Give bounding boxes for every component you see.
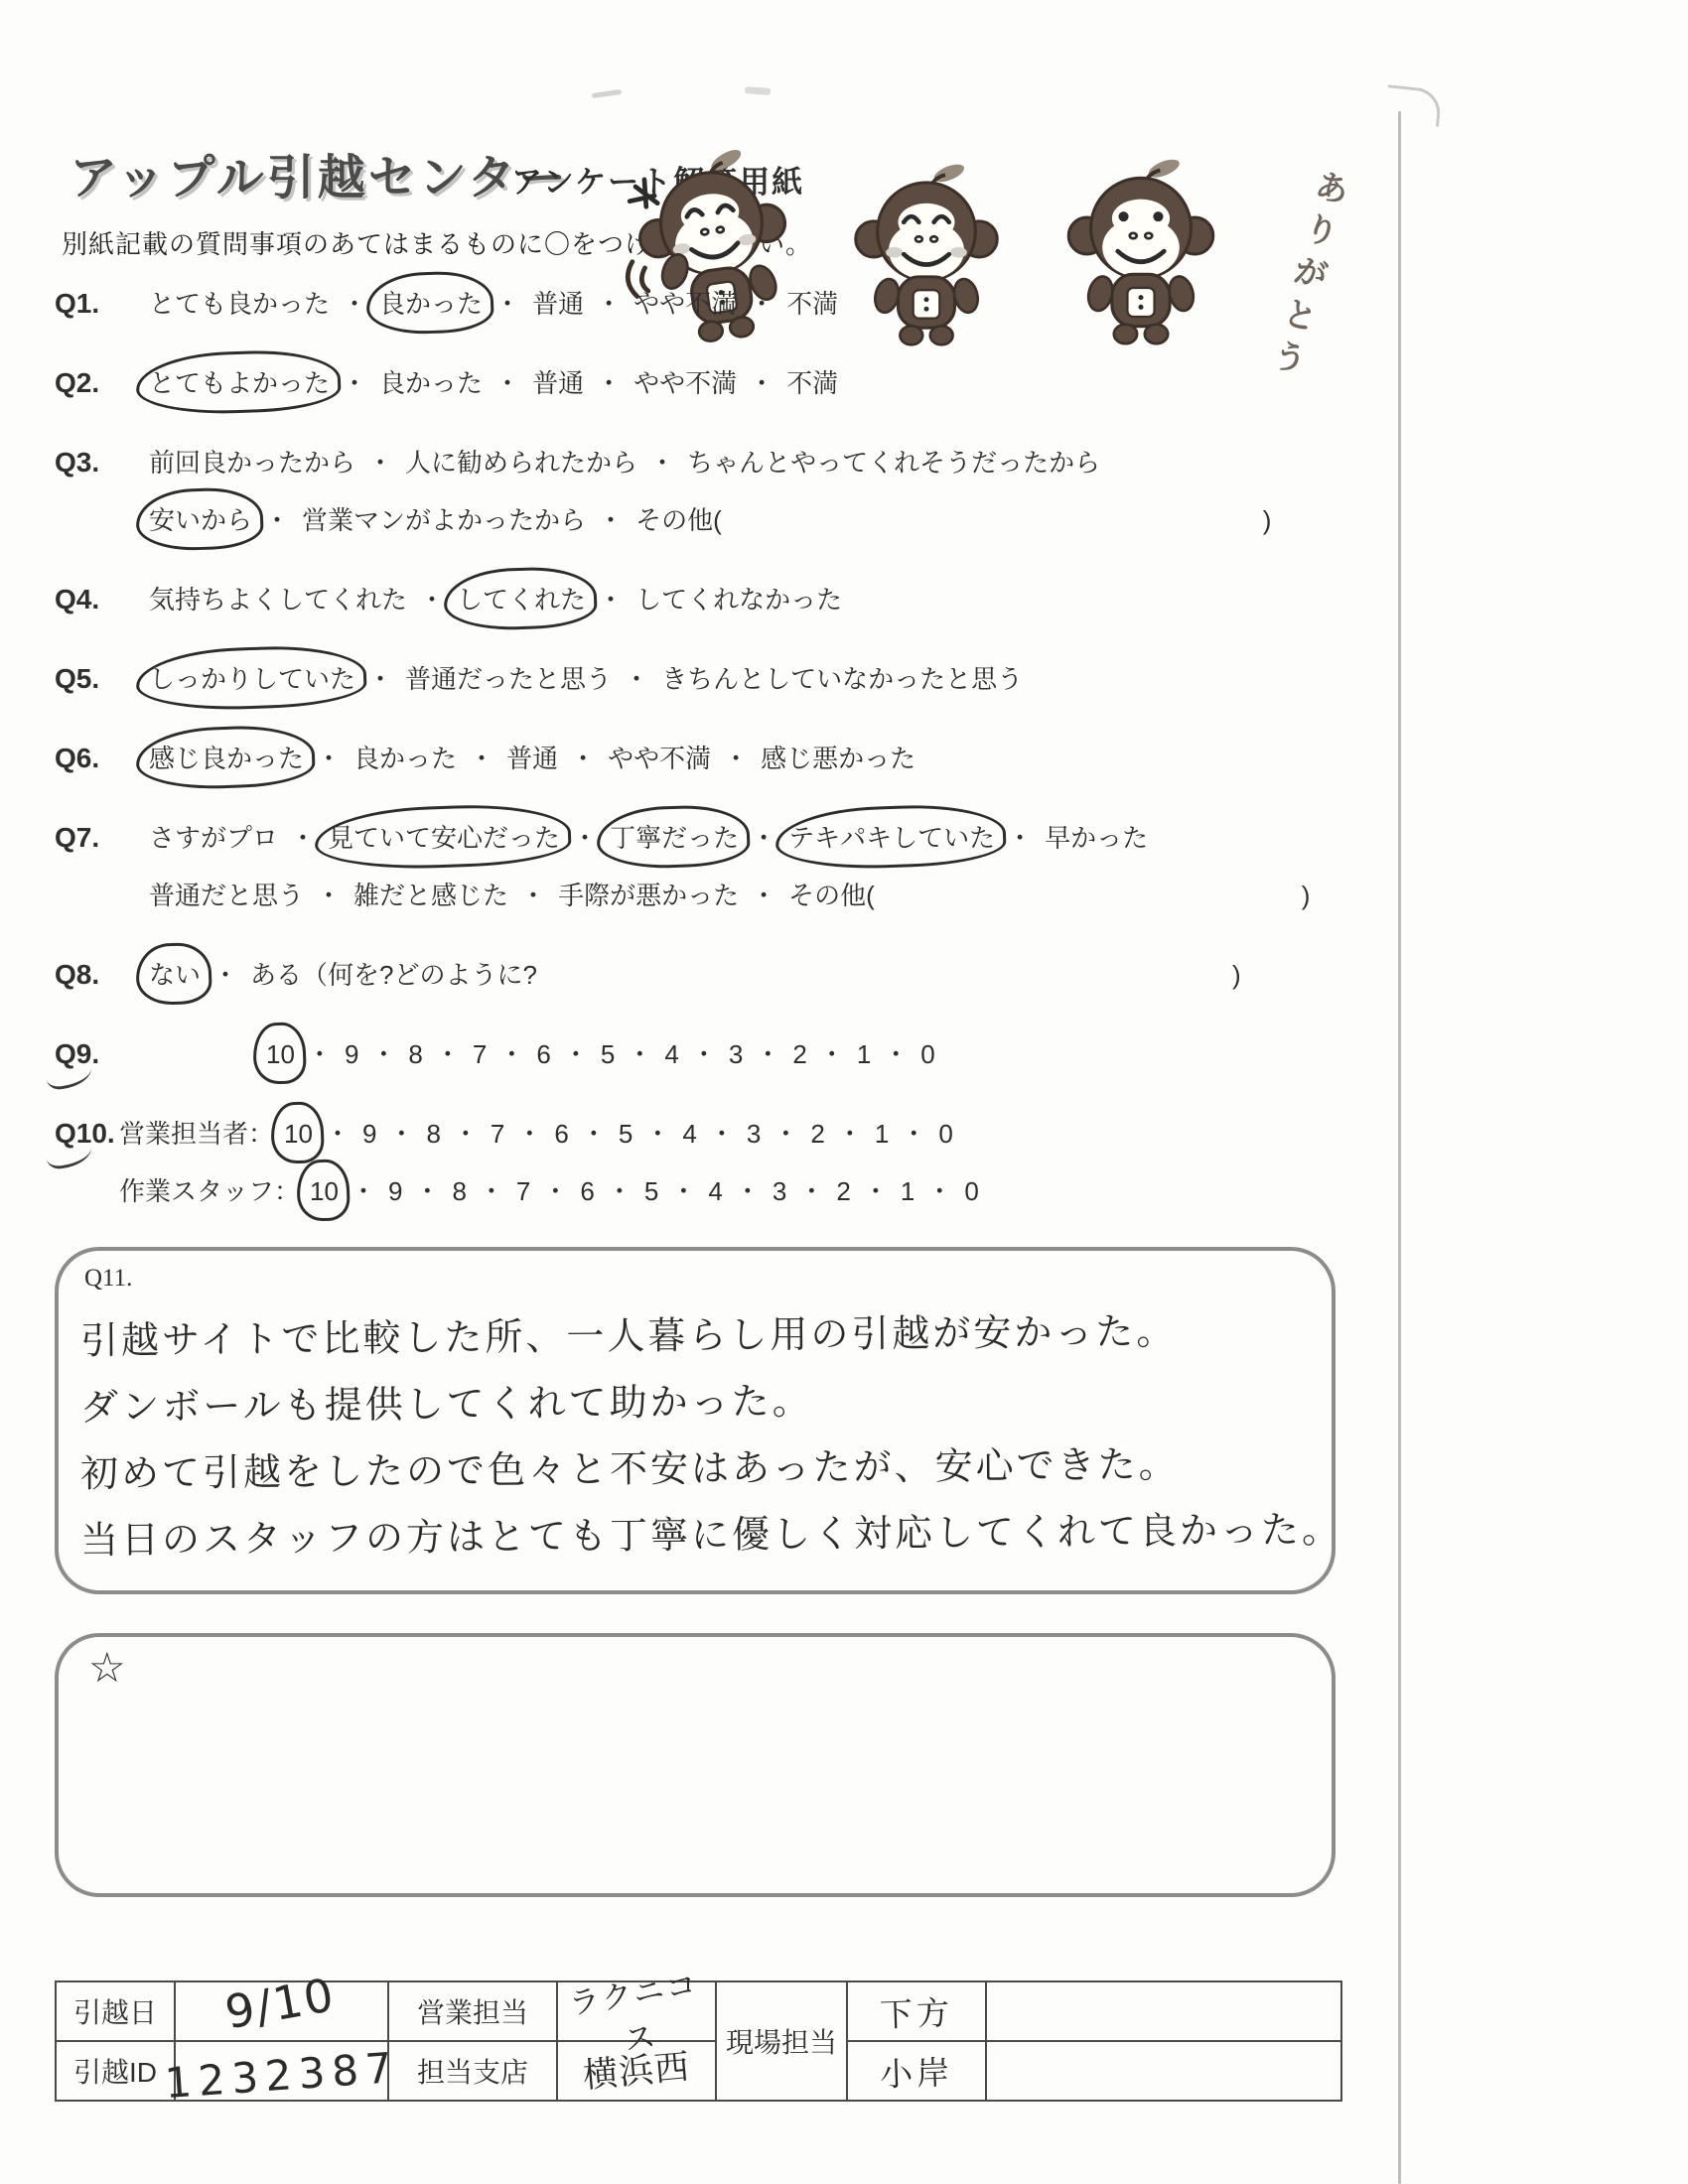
option-separator: ・ <box>901 1119 926 1149</box>
handwritten-comment-line: 引越サイトで比較した所、一人暮らし用の引越が安かった。 <box>80 1297 1323 1375</box>
handwritten-move-id: 1232387 <box>175 2039 390 2112</box>
answer-option: 不満 <box>786 365 838 401</box>
answer-options-line: 作業スタッフ：10・9・8・7・6・5・4・3・2・1・0 <box>119 1173 1365 1209</box>
questions: Q1.とても良かった・良かった・普通・やや不満・不満Q2.とてもよかった・良かっ… <box>55 286 1365 1253</box>
answer-option: 7 <box>491 1116 504 1152</box>
answer-option: その他( <box>635 502 722 538</box>
question-label: Q11. <box>84 1265 132 1293</box>
handwritten-site-staff-2: 小岸 <box>847 2040 986 2103</box>
answer-option: 前回良かったから <box>149 445 355 480</box>
option-separator: ・ <box>264 505 290 535</box>
answer-option: 4 <box>682 1116 696 1152</box>
option-separator: ・ <box>388 1119 414 1149</box>
option-separator: ・ <box>542 1176 568 1206</box>
answer-options-line: しっかりしていた・普通だったと思う・きちんとしていなかったと思う <box>149 661 1365 697</box>
option-separator: ・ <box>325 1119 351 1149</box>
answer-option-circled: 良かった <box>379 286 483 322</box>
answer-option: 8 <box>408 1036 422 1072</box>
answer-option: やや不満 <box>633 365 737 401</box>
answer-options-line: ない・ある（何を?どのように?) <box>149 957 1365 993</box>
handwritten-comment: 引越サイトで比較した所、一人暮らし用の引越が安かった。ダンボールも提供してくれて… <box>80 1302 1322 1569</box>
answer-option: 早かった <box>1045 820 1148 856</box>
answer-option-circled: 10 <box>266 1036 295 1072</box>
option-separator: ・ <box>749 368 774 398</box>
option-separator: ・ <box>414 1176 440 1206</box>
company-logo: アップル引越センター <box>70 139 569 207</box>
sales-rep-label: 営業担当 <box>388 1981 557 2041</box>
option-group-label: 営業担当者： <box>119 1119 274 1149</box>
question-label: Q2. <box>55 365 99 401</box>
answer-option: 感じ悪かった <box>761 741 915 776</box>
option-separator: ・ <box>627 1039 652 1069</box>
option-separator: ・ <box>749 289 774 319</box>
answer-option: 良かった <box>353 741 457 776</box>
handwritten-comment-line: 初めて引越をしたので色々と不安はあったが、安心できた。 <box>80 1431 1323 1508</box>
option-separator: ・ <box>520 881 546 910</box>
answer-option: 0 <box>938 1116 952 1152</box>
option-separator: ・ <box>863 1176 889 1206</box>
answer-option: 手際が悪かった <box>558 878 739 913</box>
question-label: Q4. <box>55 582 99 617</box>
option-separator: ・ <box>691 1039 717 1069</box>
option-separator: ・ <box>598 585 624 614</box>
answer-option-circled: テキパキしていた <box>788 820 995 856</box>
option-separator: ・ <box>670 1176 696 1206</box>
answer-option: 3 <box>747 1116 761 1152</box>
option-separator: ・ <box>351 1176 376 1206</box>
footer-table: 引越日 9/10 営業担当 ラクニコス 現場担当 下方 引越ID 1232387… <box>55 1980 1342 2102</box>
answer-option-circled: 10 <box>284 1116 313 1152</box>
star-icon: ☆ <box>88 1643 126 1692</box>
question-row: Q1.とても良かった・良かった・普通・やや不満・不満 <box>55 286 1365 322</box>
option-separator: ・ <box>581 1119 607 1149</box>
paren-close: ) <box>1263 502 1272 538</box>
branch-value: 横浜西 <box>557 2041 716 2101</box>
answer-option: 普通 <box>506 741 558 776</box>
answer-option-circled: 10 <box>310 1173 339 1209</box>
answer-option: 普通 <box>532 286 584 322</box>
answer-option: 6 <box>536 1036 550 1072</box>
answer-option: 9 <box>388 1173 402 1209</box>
answer-option: 4 <box>664 1036 678 1072</box>
answer-option-circled: 見ていて安心だった <box>328 820 560 856</box>
move-id-value: 1232387 <box>175 2041 388 2101</box>
answer-options-line: 安いから・営業マンがよかったから・その他() <box>149 502 1365 538</box>
option-separator: ・ <box>212 960 238 990</box>
option-separator: ・ <box>479 1176 504 1206</box>
question-row: Q5.しっかりしていた・普通だったと思う・きちんとしていなかったと思う <box>55 661 1365 697</box>
question-label: Q5. <box>55 661 99 697</box>
blank-space <box>875 903 1302 904</box>
answer-option: 3 <box>773 1173 786 1209</box>
answer-option: 5 <box>644 1173 658 1209</box>
question-label: Q3. <box>55 445 99 480</box>
answer-option: 気持ちよくしてくれた <box>149 582 407 617</box>
option-separator: ・ <box>572 823 598 853</box>
question-label: Q6. <box>55 741 99 776</box>
question-row: Q4.気持ちよくしてくれた・してくれた・してくれなかった <box>55 582 1365 617</box>
option-separator: ・ <box>563 1039 589 1069</box>
move-date-value: 9/10 <box>175 1981 388 2041</box>
option-group-label: 作業スタッフ： <box>119 1176 300 1206</box>
answer-options-line: 前回良かったから・人に勧められたから・ちゃんとやってくれそうだったから <box>149 445 1365 480</box>
answer-option: ある（何を?どのように? <box>250 957 537 993</box>
option-separator: ・ <box>342 368 367 398</box>
handwritten-move-date: 9/10 <box>171 1957 389 2050</box>
answer-options-line: 営業担当者：10・9・8・7・6・5・4・3・2・1・0 <box>119 1116 1365 1152</box>
blank-space <box>722 528 1263 529</box>
answer-option: 雑だと感じた <box>353 878 508 913</box>
answer-options-line: 10・9・8・7・6・5・4・3・2・1・0 <box>266 1036 1365 1072</box>
move-date-label: 引越日 <box>56 1981 175 2041</box>
option-separator: ・ <box>1007 823 1033 853</box>
answer-option: 1 <box>875 1116 889 1152</box>
answer-option: 9 <box>362 1116 376 1152</box>
question-row: Q3.前回良かったから・人に勧められたから・ちゃんとやってくれそうだったから安い… <box>55 445 1365 538</box>
option-separator: ・ <box>773 1119 798 1149</box>
answer-option: 1 <box>901 1173 914 1209</box>
option-separator: ・ <box>735 1176 761 1206</box>
answer-option-circled: しっかりしていた <box>149 661 355 697</box>
option-separator: ・ <box>596 289 622 319</box>
option-separator: ・ <box>798 1176 824 1206</box>
answer-option: やや不満 <box>633 286 737 322</box>
answer-option: とても良かった <box>149 286 330 322</box>
blank-space <box>537 983 1232 984</box>
answer-option: 2 <box>836 1173 850 1209</box>
answer-option: 2 <box>792 1036 806 1072</box>
answer-option: さすがプロ <box>149 820 278 856</box>
branch-label: 担当支店 <box>388 2041 557 2101</box>
answer-option: 人に勧められたから <box>405 445 637 480</box>
question-label: Q8. <box>55 957 99 993</box>
answer-options-line: さすがプロ・見ていて安心だった・丁寧だった・テキパキしていた・早かった <box>149 820 1365 856</box>
handwritten-site-staff-1: 下方 <box>847 1980 986 2043</box>
option-separator: ・ <box>494 368 520 398</box>
option-separator: ・ <box>367 664 393 694</box>
question-row: Q10.営業担当者：10・9・8・7・6・5・4・3・2・1・0作業スタッフ：1… <box>55 1116 1365 1209</box>
option-separator: ・ <box>290 823 316 853</box>
option-separator: ・ <box>649 448 675 478</box>
empty-cell <box>986 2041 1341 2101</box>
option-separator: ・ <box>751 823 776 853</box>
option-separator: ・ <box>435 1039 461 1069</box>
question-label: Q10. <box>55 1116 115 1152</box>
option-separator: ・ <box>624 664 649 694</box>
option-separator: ・ <box>419 585 445 614</box>
option-separator: ・ <box>598 505 624 535</box>
answer-option: 2 <box>810 1116 824 1152</box>
option-separator: ・ <box>819 1039 845 1069</box>
option-separator: ・ <box>516 1119 542 1149</box>
option-separator: ・ <box>607 1176 633 1206</box>
answer-option: 0 <box>964 1173 978 1209</box>
answer-option: 8 <box>426 1116 440 1152</box>
answer-option: 1 <box>857 1036 871 1072</box>
option-separator: ・ <box>837 1119 863 1149</box>
option-separator: ・ <box>453 1119 479 1149</box>
answer-options-line: 感じ良かった・良かった・普通・やや不満・感じ悪かった <box>149 741 1365 776</box>
sales-rep-value: ラクニコス <box>557 1981 716 2041</box>
answer-option: 営業マンがよかったから <box>302 502 586 538</box>
handwritten-comment-line: 当日のスタッフの方はとても丁寧に優しく対応してくれて良かった。 <box>80 1497 1323 1574</box>
option-separator: ・ <box>316 744 342 773</box>
site-staff-value-1: 下方 <box>847 1981 986 2041</box>
question-row: Q6.感じ良かった・良かった・普通・やや不満・感じ悪かった <box>55 741 1365 776</box>
option-separator: ・ <box>926 1176 952 1206</box>
comment-box-extra: ☆ <box>55 1633 1336 1897</box>
option-separator: ・ <box>644 1119 670 1149</box>
paren-close: ) <box>1302 878 1311 913</box>
answer-options-line: 気持ちよくしてくれた・してくれた・してくれなかった <box>149 582 1365 617</box>
option-separator: ・ <box>570 744 596 773</box>
answer-option: 普通だったと思う <box>405 661 612 697</box>
option-separator: ・ <box>751 881 776 910</box>
handwritten-branch: 横浜西 <box>556 2033 717 2105</box>
answer-option: 7 <box>473 1036 487 1072</box>
answer-option: 普通だと思う <box>149 878 304 913</box>
site-staff-label: 現場担当 <box>716 1981 847 2101</box>
option-separator: ・ <box>316 881 342 910</box>
answer-option: 5 <box>601 1036 615 1072</box>
answer-option: 7 <box>516 1173 530 1209</box>
comment-box-q11: Q11. 引越サイトで比較した所、一人暮らし用の引越が安かった。ダンボールも提供… <box>55 1247 1336 1594</box>
option-separator: ・ <box>307 1039 333 1069</box>
paren-close: ) <box>1232 957 1241 993</box>
answer-option: 4 <box>708 1173 722 1209</box>
empty-cell <box>986 1981 1341 2041</box>
scanned-page-edge <box>1398 111 1401 2184</box>
answer-option: 普通 <box>532 365 584 401</box>
answer-option-circled: 安いから <box>149 502 252 538</box>
answer-option: 9 <box>345 1036 358 1072</box>
answer-option: 5 <box>619 1116 633 1152</box>
question-row: Q7.さすがプロ・見ていて安心だった・丁寧だった・テキパキしていた・早かった普通… <box>55 820 1365 913</box>
option-separator: ・ <box>596 368 622 398</box>
answer-option: 6 <box>554 1116 568 1152</box>
answer-option: きちんとしていなかったと思う <box>661 661 1023 697</box>
scan-speck <box>745 86 771 95</box>
question-row: Q8.ない・ある（何を?どのように?) <box>55 957 1365 993</box>
scan-speck <box>592 89 622 98</box>
option-separator: ・ <box>342 289 367 319</box>
answer-option: 0 <box>920 1036 934 1072</box>
answer-option: 8 <box>452 1173 466 1209</box>
site-staff-value-2: 小岸 <box>847 2041 986 2101</box>
option-separator: ・ <box>755 1039 780 1069</box>
handwritten-comment-line: ダンボールも提供してくれて助かった。 <box>80 1364 1323 1441</box>
answer-option-circled: してくれた <box>457 582 586 617</box>
answer-option-circled: とてもよかった <box>149 365 330 401</box>
answer-option: 不満 <box>786 286 838 322</box>
answer-options-line: とてもよかった・良かった・普通・やや不満・不満 <box>149 365 1365 401</box>
page-corner-curl <box>1384 84 1443 127</box>
move-id-label: 引越ID <box>56 2041 175 2101</box>
answer-options-line: 普通だと思う・雑だと感じた・手際が悪かった・その他() <box>149 878 1365 913</box>
option-separator: ・ <box>370 1039 396 1069</box>
option-separator: ・ <box>883 1039 909 1069</box>
option-separator: ・ <box>498 1039 524 1069</box>
answer-option: その他( <box>788 878 875 913</box>
option-separator: ・ <box>709 1119 735 1149</box>
answer-option: やや不満 <box>608 741 711 776</box>
answer-option: ちゃんとやってくれそうだったから <box>687 445 1100 480</box>
answer-option: 3 <box>729 1036 743 1072</box>
question-label: Q1. <box>55 286 99 322</box>
answer-option-circled: 丁寧だった <box>610 820 739 856</box>
question-label: Q7. <box>55 820 99 856</box>
option-separator: ・ <box>723 744 749 773</box>
answer-options-line: とても良かった・良かった・普通・やや不満・不満 <box>149 286 1365 322</box>
question-row: Q2.とてもよかった・良かった・普通・やや不満・不満 <box>55 365 1365 401</box>
answer-option: 良かった <box>379 365 483 401</box>
answer-option: してくれなかった <box>635 582 842 617</box>
answer-option-circled: 感じ良かった <box>149 741 304 776</box>
question-label: Q9. <box>55 1036 99 1072</box>
option-separator: ・ <box>469 744 494 773</box>
answer-option-circled: ない <box>149 957 201 993</box>
option-separator: ・ <box>367 448 393 478</box>
table-row: 引越日 9/10 営業担当 ラクニコス 現場担当 下方 <box>56 1981 1341 2041</box>
table-row: 引越ID 1232387 担当支店 横浜西 小岸 <box>56 2041 1341 2101</box>
question-row: Q9.10・9・8・7・6・5・4・3・2・1・0 <box>55 1036 1365 1072</box>
answer-option: 6 <box>580 1173 594 1209</box>
option-separator: ・ <box>494 289 520 319</box>
